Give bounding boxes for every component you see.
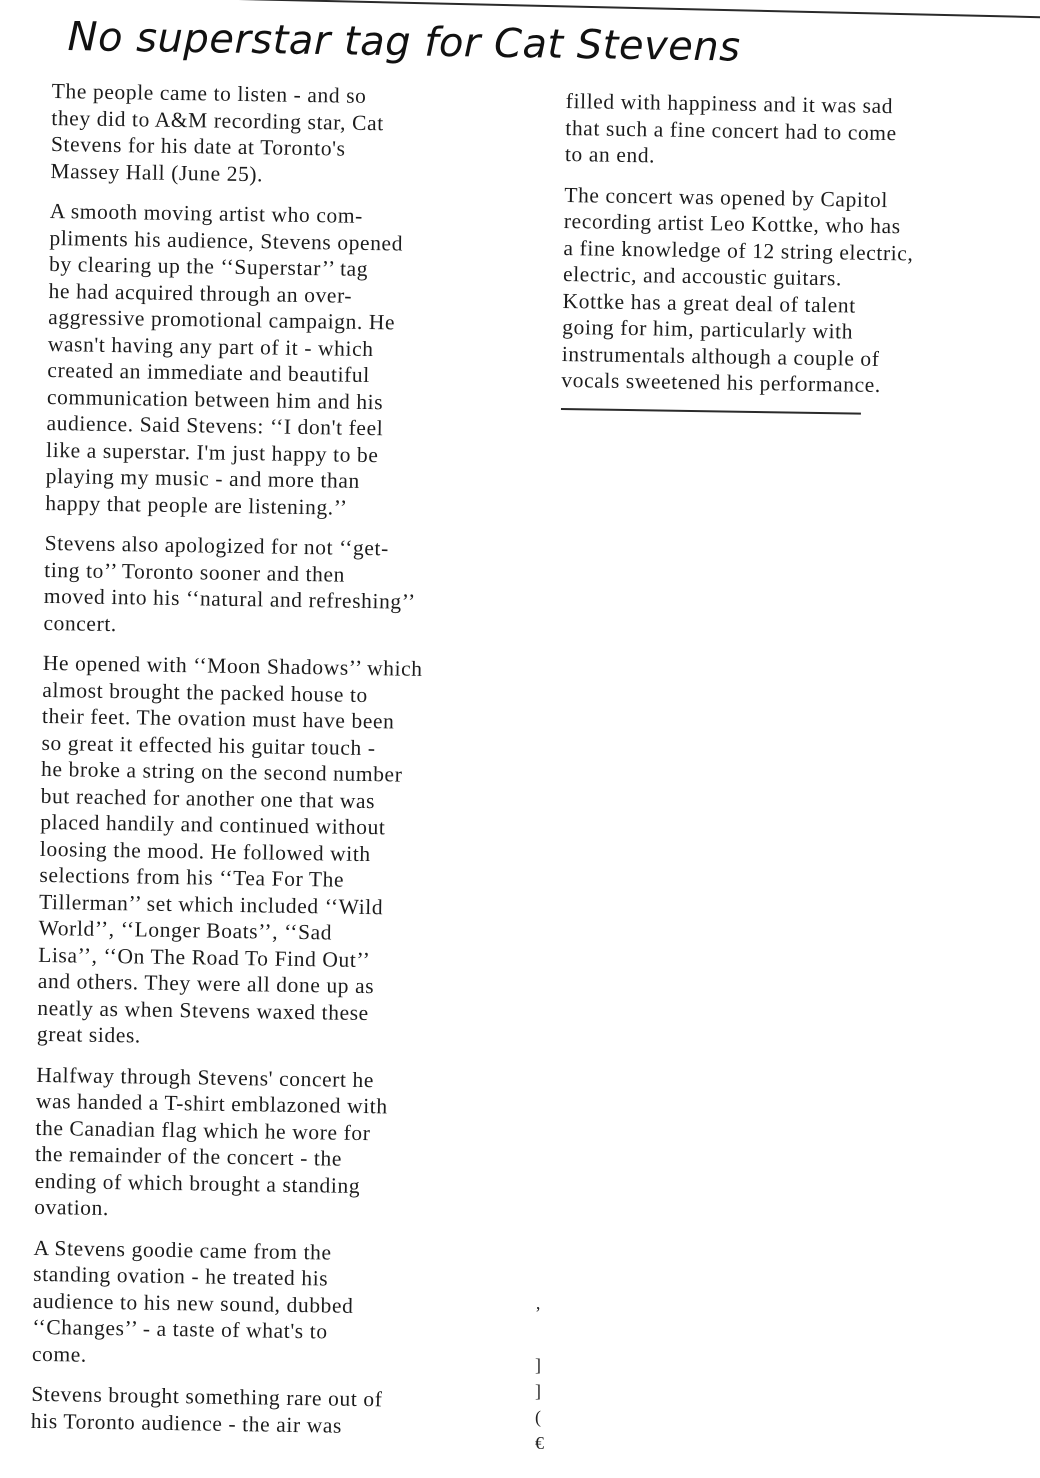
paragraph-audience: Stevens brought something rare out of hi… bbox=[31, 1381, 512, 1442]
paragraph-apology: Stevens also apologized for not ‘‘get- t… bbox=[43, 530, 525, 644]
paragraph-ending: filled with happiness and it was sad tha… bbox=[565, 88, 1016, 175]
top-border-rule bbox=[150, 0, 1040, 18]
article-end-rule bbox=[561, 407, 861, 414]
paragraph-intro: The people came to listen - and so they … bbox=[50, 78, 532, 192]
paragraph-setlist: He opened with ‘‘Moon Shadows’’ which al… bbox=[37, 650, 523, 1055]
paragraph-superstar-tag: A smooth moving artist who com- pliments… bbox=[45, 198, 530, 524]
adjacent-column-fragments: ’ ] ] ( € bbox=[535, 1300, 545, 1456]
article-right-column: filled with happiness and it was sad tha… bbox=[561, 88, 1016, 417]
article-left-column: The people came to listen - and so they … bbox=[30, 78, 531, 1455]
paragraph-changes: A Stevens goodie came from the standing … bbox=[32, 1234, 514, 1374]
paragraph-opening-act: The concert was opened by Capitol record… bbox=[561, 181, 1014, 400]
article-headline: No superstar tag for Cat Stevens bbox=[67, 14, 741, 71]
paragraph-tshirt: Halfway through Stevens' concert he was … bbox=[34, 1061, 516, 1228]
